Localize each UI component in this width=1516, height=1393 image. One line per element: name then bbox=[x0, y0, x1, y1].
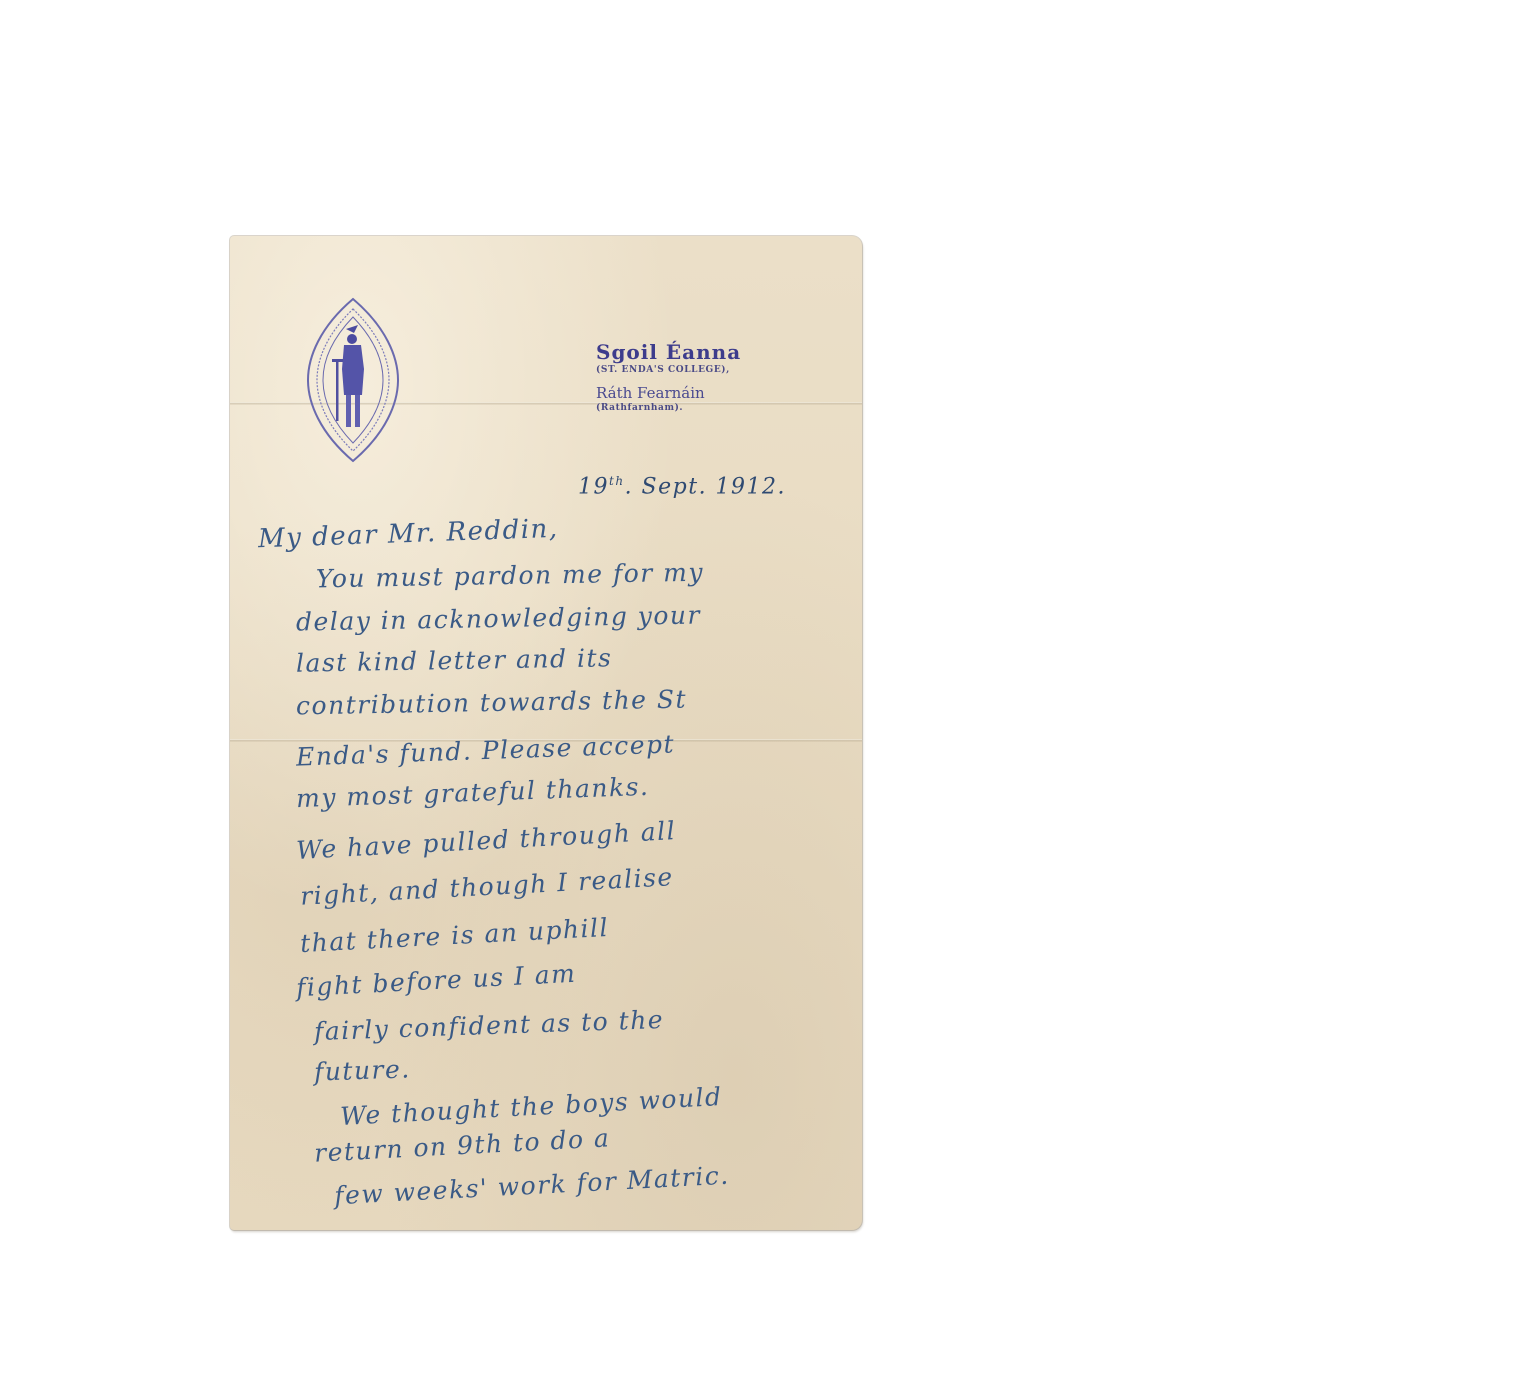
date-rest: . Sept. 1912. bbox=[625, 474, 786, 499]
letterhead-title-irish: Sgoil Éanna bbox=[596, 340, 741, 364]
body-line: last kind letter and its bbox=[296, 643, 613, 678]
body-line: We thought the boys would bbox=[340, 1082, 724, 1131]
body-line: that there is an uphill bbox=[299, 913, 609, 958]
letterhead-title-english: (ST. ENDA'S COLLEGE), bbox=[596, 364, 741, 376]
letter-date: 19th. Sept. 1912. bbox=[578, 474, 786, 499]
date-day-suffix: th bbox=[609, 474, 625, 488]
body-line: few weeks' work for Matric. bbox=[334, 1161, 731, 1211]
body-line: Enda's fund. Please accept bbox=[296, 729, 676, 771]
body-line: contribution towards the St bbox=[296, 685, 688, 721]
body-line: fight before us I am bbox=[295, 959, 577, 1003]
body-line: right, and though I realise bbox=[299, 862, 674, 911]
body-line: fairly confident as to the bbox=[314, 1005, 665, 1046]
letterhead-place-english: (Rathfarnham). bbox=[596, 402, 741, 414]
body-line: future. bbox=[314, 1054, 412, 1086]
body-line: We have pulled through all bbox=[296, 816, 677, 865]
body-line: delay in acknowledging your bbox=[296, 600, 701, 636]
body-line: You must pardon me for my bbox=[316, 558, 704, 594]
st-enda-seal-icon bbox=[306, 297, 400, 463]
date-day: 19 bbox=[578, 474, 609, 499]
body-line: my most grateful thanks. bbox=[296, 772, 650, 813]
letterhead: Sgoil Éanna (ST. ENDA'S COLLEGE), Ráth F… bbox=[596, 340, 741, 414]
salutation: My dear Mr. Reddin, bbox=[258, 514, 559, 554]
letterhead-place-irish: Ráth Fearnáin bbox=[596, 384, 741, 402]
letter-page: Sgoil Éanna (ST. ENDA'S COLLEGE), Ráth F… bbox=[230, 236, 862, 1230]
